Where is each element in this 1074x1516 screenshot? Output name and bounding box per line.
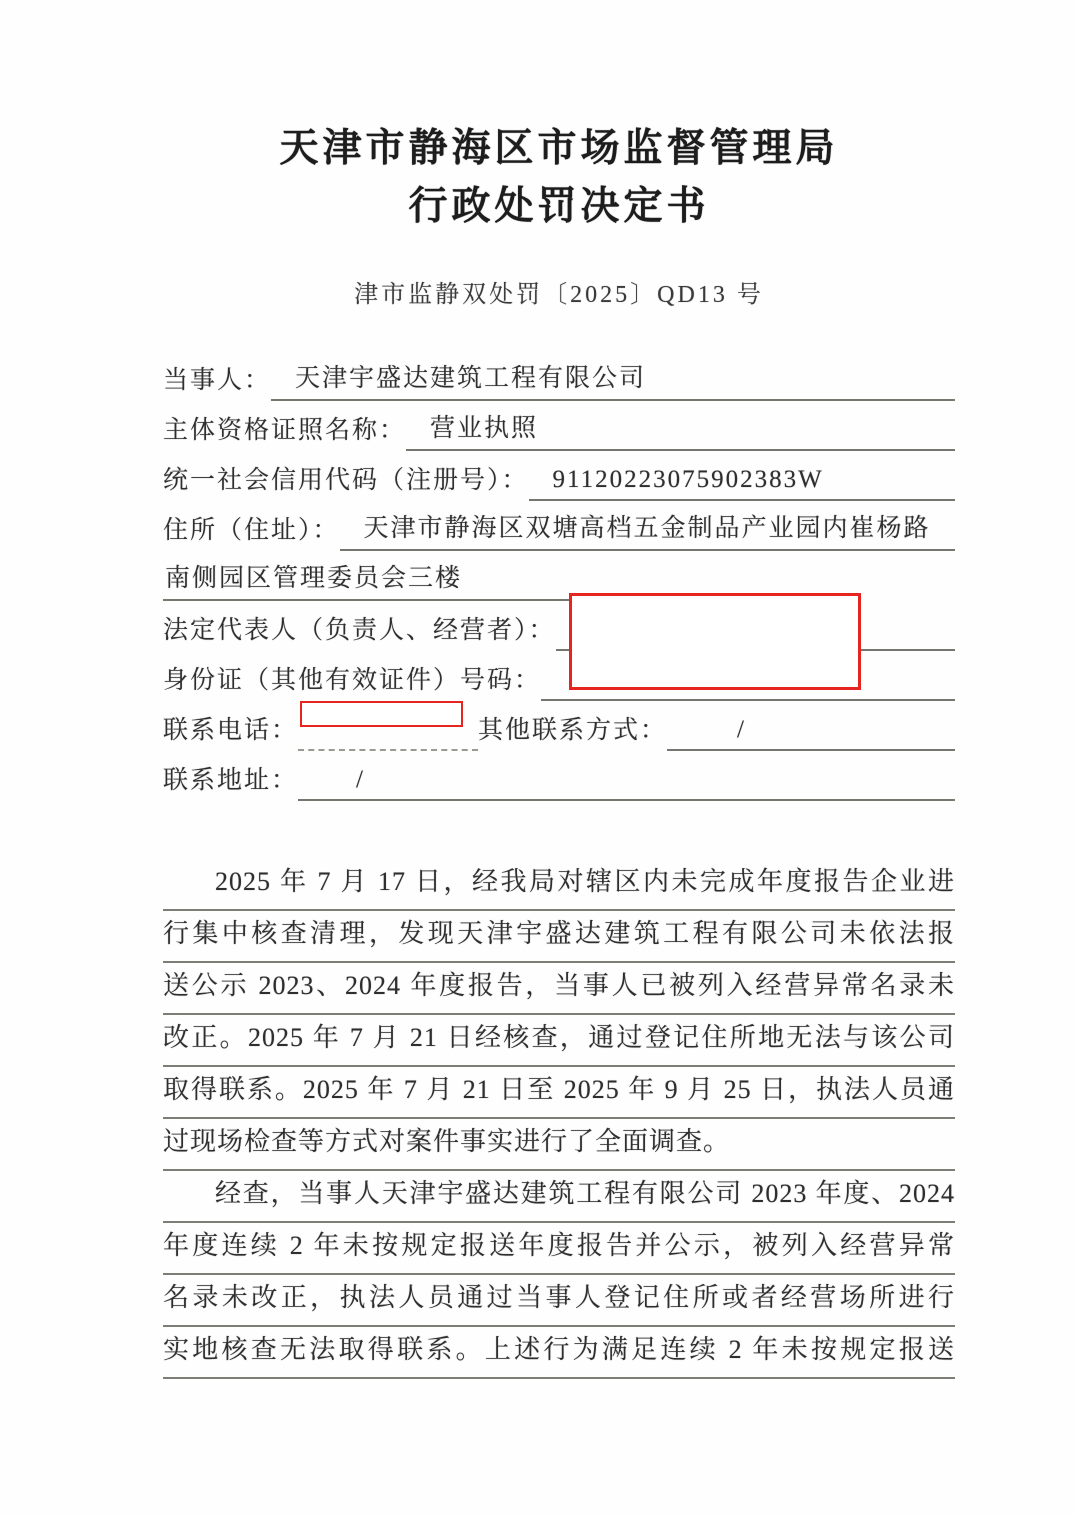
body-line: 2025 年 7 月 17 日，经我局对辖区内未完成年度报告企业进: [163, 859, 955, 911]
body-line: 改正。2025 年 7 月 21 日经核查，通过登记住所地无法与该公司: [163, 1015, 955, 1067]
field-other-contact-label: 其他联系方式：: [478, 710, 667, 751]
party-info-fields: 当事人： 天津宇盛达建筑工程有限公司 主体资格证照名称： 营业执照 统一社会信用…: [163, 351, 955, 801]
body-line: 取得联系。2025 年 7 月 21 日至 2025 年 9 月 25 日，执法…: [163, 1067, 955, 1119]
field-party-value: 天津宇盛达建筑工程有限公司: [271, 358, 955, 401]
field-address: 住所（住址）： 天津市静海区双塘高档五金制品产业园内崔杨路: [163, 501, 955, 551]
field-contact-address: 联系地址： /: [163, 751, 955, 801]
field-id-number-label: 身份证（其他有效证件）号码：: [163, 660, 541, 701]
body-line: 年度连续 2 年未按规定报送年度报告并公示，被列入经营异常: [163, 1223, 955, 1275]
document-title-line1: 天津市静海区市场监督管理局: [163, 120, 955, 178]
body-line: 过现场检查等方式对案件事实进行了全面调查。: [163, 1119, 955, 1171]
body-line: 名录未改正，执法人员通过当事人登记住所或者经营场所进行: [163, 1275, 955, 1327]
document-title: 天津市静海区市场监督管理局 行政处罚决定书: [163, 120, 955, 236]
redaction-box-legal-rep-and-id: [569, 593, 861, 690]
field-legal-rep-label: 法定代表人（负责人、经营者）：: [163, 610, 556, 651]
paragraph-findings: 经查，当事人天津宇盛达建筑工程有限公司 2023 年度、2024 年度连续 2 …: [163, 1171, 955, 1379]
field-address-label: 住所（住址）：: [163, 510, 340, 551]
field-contact-address-label: 联系地址：: [163, 760, 298, 801]
field-party: 当事人： 天津宇盛达建筑工程有限公司: [163, 351, 955, 401]
field-party-label: 当事人：: [163, 360, 271, 401]
document-number: 津市监静双处罚〔2025〕QD13 号: [163, 274, 955, 309]
field-other-contact-value: /: [667, 716, 955, 751]
field-uscc-value: 91120223075902383W: [529, 466, 955, 501]
document-body: 2025 年 7 月 17 日，经我局对辖区内未完成年度报告企业进 行集中核查清…: [163, 859, 955, 1379]
document-title-line2: 行政处罚决定书: [163, 178, 955, 236]
paragraph-investigation-start: 2025 年 7 月 17 日，经我局对辖区内未完成年度报告企业进 行集中核查清…: [163, 859, 955, 1171]
field-license-name-value: 营业执照: [406, 408, 955, 451]
field-license-name-label: 主体资格证照名称：: [163, 410, 406, 451]
field-uscc-label: 统一社会信用代码（注册号）：: [163, 460, 529, 501]
field-uscc: 统一社会信用代码（注册号）： 91120223075902383W: [163, 451, 955, 501]
body-line: 行集中核查清理，发现天津宇盛达建筑工程有限公司未依法报: [163, 911, 955, 963]
field-phone: 联系电话： 其他联系方式： /: [163, 701, 955, 751]
body-line: 实地核查无法取得联系。上述行为满足连续 2 年未按规定报送: [163, 1327, 955, 1379]
scanned-penalty-decision-document: 天津市静海区市场监督管理局 行政处罚决定书 津市监静双处罚〔2025〕QD13 …: [0, 0, 1074, 1516]
field-address-value-line1: 天津市静海区双塘高档五金制品产业园内崔杨路: [340, 508, 955, 551]
field-contact-address-value: /: [298, 766, 955, 801]
field-license-name: 主体资格证照名称： 营业执照: [163, 401, 955, 451]
field-phone-label: 联系电话：: [163, 710, 298, 751]
redaction-box-phone: [300, 701, 463, 727]
body-line: 送公示 2023、2024 年度报告，当事人已被列入经营异常名录未: [163, 963, 955, 1015]
field-id-number-value: [541, 694, 955, 701]
body-line: 经查，当事人天津宇盛达建筑工程有限公司 2023 年度、2024: [163, 1171, 955, 1223]
